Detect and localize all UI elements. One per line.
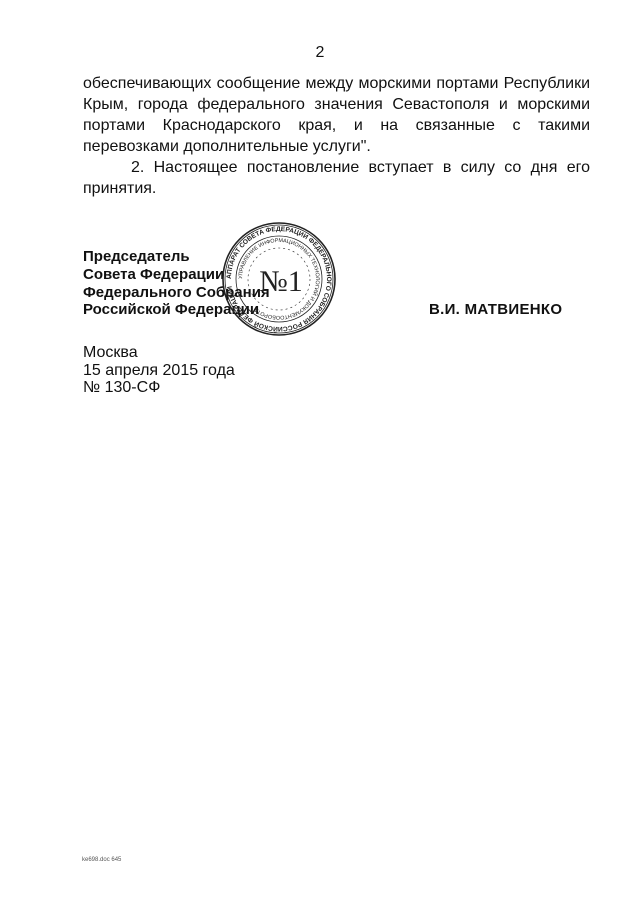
page-number: 2	[0, 44, 640, 62]
document-number: № 130-СФ	[83, 379, 235, 397]
official-stamp-icon: АППАРАТ СОВЕТА ФЕДЕРАЦИИ ФЕДЕРАЛЬНОГО СО…	[221, 221, 337, 337]
place-and-date: Москва 15 апреля 2015 года № 130-СФ	[83, 344, 235, 397]
place: Москва	[83, 344, 235, 362]
body-text: обеспечивающих сообщение между морскими …	[83, 73, 590, 199]
date: 15 апреля 2015 года	[83, 362, 235, 380]
signatory-name: В.И. МАТВИЕНКО	[429, 301, 562, 318]
footer-file-code: ke698.doc 645	[82, 857, 121, 863]
paragraph-effective-date: 2. Настоящее постановление вступает в си…	[83, 157, 590, 199]
svg-text:№1: №1	[259, 265, 303, 298]
paragraph-continuation: обеспечивающих сообщение между морскими …	[83, 73, 590, 157]
